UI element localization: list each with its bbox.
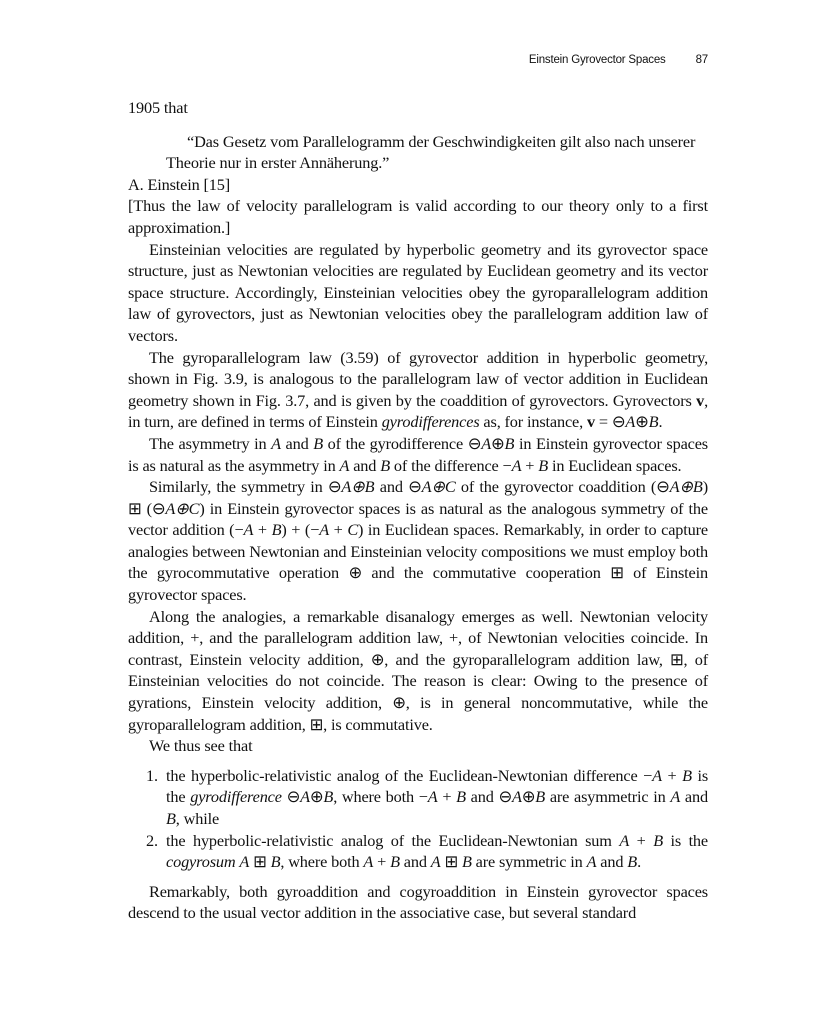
page-number: 87 [696, 54, 708, 66]
paragraph-asymmetry: The asymmetry in A and B of the gyrodiff… [128, 433, 708, 476]
list-item: 2.the hyperbolic-relativistic analog of … [166, 830, 708, 873]
running-title: Einstein Gyrovector Spaces [529, 54, 666, 66]
list-item: 1.the hyperbolic-relativistic analog of … [166, 765, 708, 830]
paragraph-symmetry: Similarly, the symmetry in ⊖A⊕B and ⊖A⊕C… [128, 476, 708, 606]
term-cogyrosum: cogyrosum [166, 852, 236, 871]
running-header: Einstein Gyrovector Spaces 87 [128, 54, 708, 66]
page-body: 1905 that “Das Gesetz vom Parallelogramm… [128, 97, 708, 924]
term-gyrodifference: gyrodifference [190, 787, 282, 806]
paragraph-we-thus-see: We thus see that [128, 735, 708, 757]
block-quote: “Das Gesetz vom Parallelogramm der Gesch… [166, 131, 706, 174]
paragraph-gyroparallelogram-law: The gyroparallelogram law (3.59) of gyro… [128, 347, 708, 433]
analog-list: 1.the hyperbolic-relativistic analog of … [128, 765, 708, 873]
list-number: 1. [146, 765, 158, 787]
paragraph-disanalogy: Along the analogies, a remarkable disana… [128, 606, 708, 736]
translation-paragraph: [Thus the law of velocity parallelogram … [128, 195, 708, 238]
opening-line: 1905 that [128, 97, 708, 119]
paragraph-remarkably: Remarkably, both gyroaddition and cogyro… [128, 881, 708, 924]
term-gyrodifferences: gyrodifferences [382, 412, 480, 431]
paragraph-velocities: Einsteinian velocities are regulated by … [128, 239, 708, 347]
quote-text: “Das Gesetz vom Parallelogramm der Gesch… [166, 131, 706, 174]
list-number: 2. [146, 830, 158, 852]
quote-attribution: A. Einstein [15] [128, 174, 708, 196]
